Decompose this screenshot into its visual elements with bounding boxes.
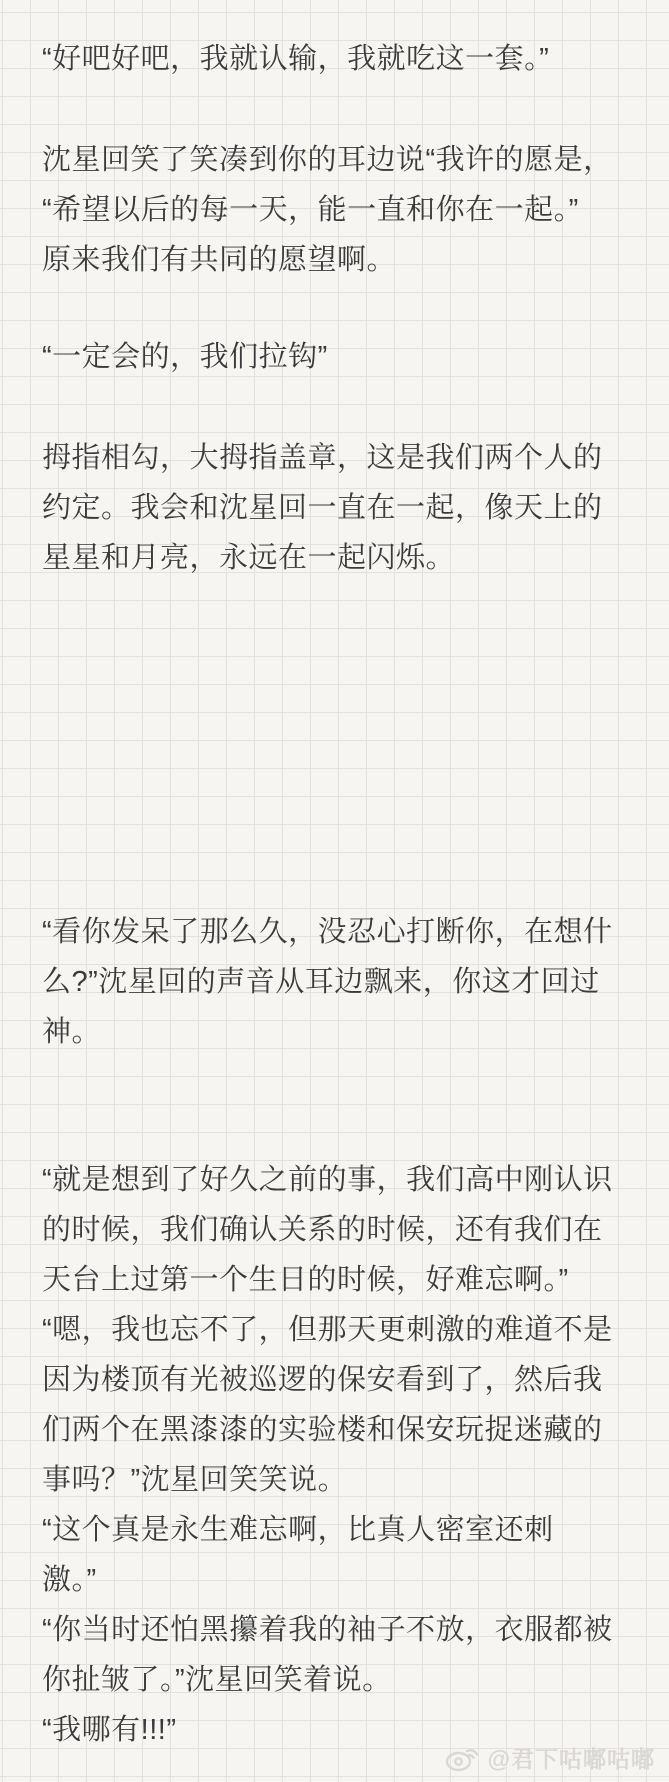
paragraph: “看你发呆了那么久，没忍心打断你，在想什么?”沈星回的声音从耳边飘来，你这才回过…: [42, 907, 655, 1057]
story-text: “好吧好吧，我就认输，我就吃这一套。”沈星回笑了笑凑到你的耳边说“我许的愿是，“…: [0, 0, 669, 1755]
text-line: 激。”: [42, 1555, 655, 1605]
text-line: 神。: [42, 1007, 655, 1057]
paragraph: “一定会的，我们拉钩”: [42, 332, 655, 382]
text-line: 拇指相勾，大拇指盖章，这是我们两个人的: [42, 433, 655, 483]
text-line: 因为楼顶有光被巡逻的保安看到了，然后我: [42, 1355, 655, 1405]
text-line: 约定。我会和沈星回一直在一起，像天上的: [42, 483, 655, 533]
watermark: @君下咕嘟咕嘟: [445, 1741, 655, 1774]
text-line: 么?”沈星回的声音从耳边飘来，你这才回过: [42, 957, 655, 1007]
text-line: “这个真是永生难忘啊，比真人密室还刺: [42, 1505, 655, 1555]
text-line: 们两个在黑漆漆的实验楼和保安玩捉迷藏的: [42, 1405, 655, 1455]
text-line: 原来我们有共同的愿望啊。: [42, 235, 655, 285]
text-line: 沈星回笑了笑凑到你的耳边说“我许的愿是，: [42, 135, 655, 185]
text-line: “看你发呆了那么久，没忍心打断你，在想什: [42, 907, 655, 957]
text-line: “好吧好吧，我就认输，我就吃这一套。”: [42, 34, 655, 84]
paragraph: “好吧好吧，我就认输，我就吃这一套。”: [42, 34, 655, 84]
text-line: “嗯，我也忘不了，但那天更刺激的难道不是: [42, 1305, 655, 1355]
paragraph: “就是想到了好久之前的事，我们高中刚认识的时候，我们确认关系的时候，还有我们在天…: [42, 1155, 655, 1755]
note-page: “好吧好吧，我就认输，我就吃这一套。”沈星回笑了笑凑到你的耳边说“我许的愿是，“…: [0, 0, 669, 1782]
paragraph: 拇指相勾，大拇指盖章，这是我们两个人的约定。我会和沈星回一直在一起，像天上的星星…: [42, 433, 655, 583]
text-line: 的时候，我们确认关系的时候，还有我们在: [42, 1205, 655, 1255]
weibo-icon: [445, 1744, 481, 1772]
text-line: 星星和月亮，永远在一起闪烁。: [42, 533, 655, 583]
watermark-text: @君下咕嘟咕嘟: [488, 1741, 655, 1774]
text-line: “你当时还怕黑攥着我的袖子不放，衣服都被: [42, 1605, 655, 1655]
text-line: 天台上过第一个生日的时候，好难忘啊。”: [42, 1255, 655, 1305]
text-line: 事吗？”沈星回笑笑说。: [42, 1455, 655, 1505]
text-line: “一定会的，我们拉钩”: [42, 332, 655, 382]
paragraph: 沈星回笑了笑凑到你的耳边说“我许的愿是，“希望以后的每一天，能一直和你在一起。”…: [42, 135, 655, 285]
text-line: “就是想到了好久之前的事，我们高中刚认识: [42, 1155, 655, 1205]
text-line: “希望以后的每一天，能一直和你在一起。”: [42, 185, 655, 235]
text-line: 你扯皱了。”沈星回笑着说。: [42, 1655, 655, 1705]
